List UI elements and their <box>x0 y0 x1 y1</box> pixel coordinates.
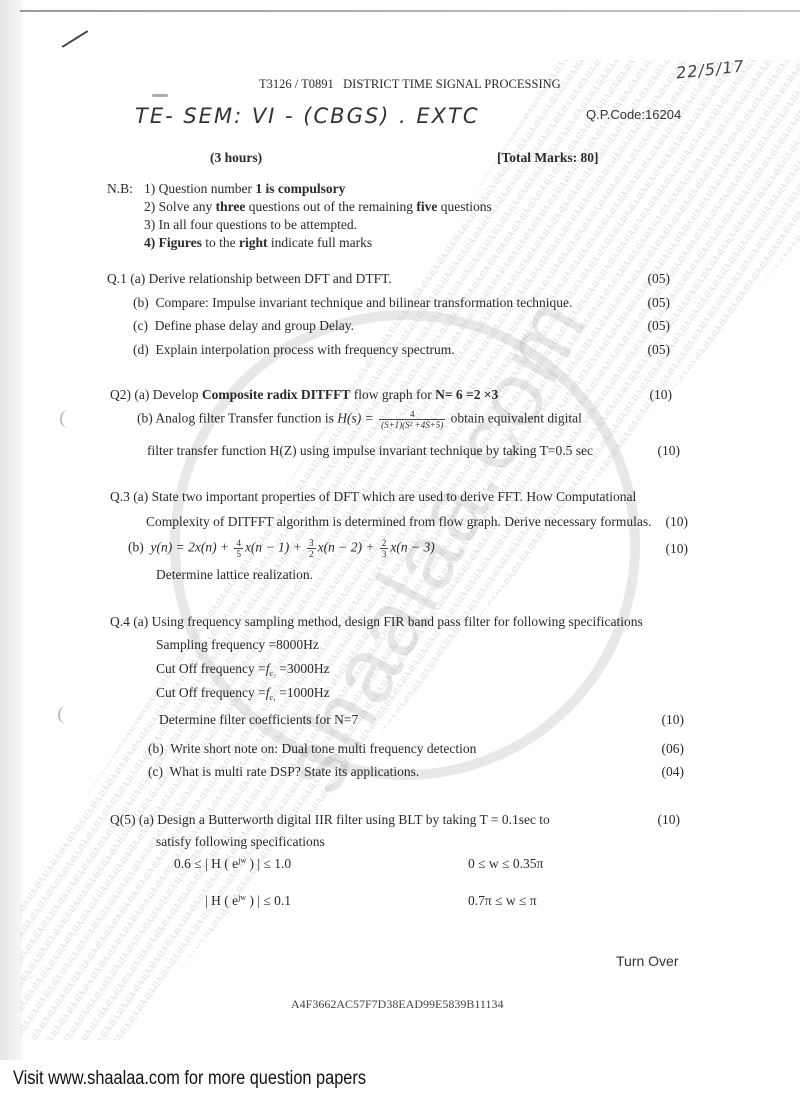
q3-part-a-line2: Complexity of DITFFT algorithm is determ… <box>146 514 652 530</box>
qp-code: Q.P.Code:16204 <box>586 107 681 122</box>
scan-edge <box>0 0 22 1060</box>
q4a-marks: (10) <box>644 712 684 728</box>
question-label: Q(5) <box>110 812 136 827</box>
question-label: Q.4 <box>110 614 130 629</box>
subject-title: DISTRICT TIME SIGNAL PROCESSING <box>343 77 561 91</box>
scan-edge <box>20 10 800 12</box>
q5-spec-passband: 0.6 ≤ | H ( ejw ) | ≤ 1.0 <box>174 856 291 872</box>
q3-part-b-line2: Determine lattice realization. <box>156 567 313 583</box>
q1b-marks: (05) <box>630 295 670 311</box>
q4-part-b: (b) Write short note on: Dual tone multi… <box>148 741 476 757</box>
q1-part-a: Q.1 (a) Derive relationship between DFT … <box>107 271 392 287</box>
instruction-3: 3) In all four questions to be attempted… <box>144 217 357 233</box>
q1a-marks: (05) <box>630 271 670 287</box>
turn-over-label: Turn Over <box>616 953 679 969</box>
q4-part-a-last: Determine filter coefficients for N=7 <box>159 712 358 728</box>
q3b-marks: (10) <box>648 541 688 557</box>
q5-spec-stopband-range: 0.7π ≤ w ≤ π <box>468 893 537 909</box>
q1-part-b: (b) Compare: Impulse invariant technique… <box>133 295 572 311</box>
q4-spec-sampling: Sampling frequency =8000Hz <box>156 637 319 653</box>
q2-part-a: Q2) (a) Develop Composite radix DITFFT f… <box>110 387 498 403</box>
footer-promo-text: Visit www.shaalaa.com for more question … <box>13 1068 366 1090</box>
document-hash: A4F3662AC57F7D38EAD99E5839B11134 <box>291 997 503 1012</box>
q3a-marks: (10) <box>648 514 688 530</box>
q3-part-a: Q.3 (a) State two important properties o… <box>110 489 636 505</box>
hash-watermark-pattern: A4F3 <box>0 0 800 1060</box>
punch-hole-mark <box>58 706 74 724</box>
q4-spec-cutoff-1: Cut Off frequency =fc₁ =1000Hz <box>156 685 330 702</box>
question-label: Q.3 <box>110 489 130 504</box>
punch-hole-mark <box>60 410 76 428</box>
q4-part-a: Q.4 (a) Using frequency sampling method,… <box>110 614 643 630</box>
transfer-function-fraction: 4(S+1)(S² +4S+5) <box>379 409 445 430</box>
question-label: Q2) <box>110 387 131 402</box>
q5-part-a: Q(5) (a) Design a Butterworth digital II… <box>110 812 550 828</box>
question-label: Q.1 <box>107 271 127 286</box>
instruction-2: 2) Solve any three questions out of the … <box>144 199 492 215</box>
scan-smudge <box>152 94 168 97</box>
q2-part-b-line2: filter transfer function H(Z) using impu… <box>147 443 593 459</box>
handwritten-date: 22/5/17 <box>675 56 745 82</box>
q1-part-d: (d) Explain interpolation process with f… <box>133 342 455 358</box>
course-code: T3126 / T0891 <box>259 77 334 91</box>
q3-part-b-equation: (b) y(n) = 2x(n) + 45x(n − 1) + 32x(n − … <box>128 538 435 559</box>
handwritten-class-note: TE- SEM: VI - (CBGS) . EXTC <box>135 104 480 128</box>
exam-duration: (3 hours) <box>210 150 262 166</box>
handwritten-tick-mark <box>62 30 89 48</box>
q2b-marks: (10) <box>640 443 680 459</box>
instruction-1: 1) Question number 1 is compulsory <box>144 181 345 197</box>
q5-spec-passband-range: 0 ≤ w ≤ 0.35π <box>468 856 543 872</box>
course-header: T3126 / T0891 DISTRICT TIME SIGNAL PROCE… <box>259 77 561 92</box>
q1c-marks: (05) <box>630 318 670 334</box>
q4b-marks: (06) <box>644 741 684 757</box>
total-marks: [Total Marks: 80] <box>497 150 599 166</box>
q1d-marks: (05) <box>630 342 670 358</box>
q4-spec-cutoff-2: Cut Off frequency =fc₂ =3000Hz <box>156 661 330 678</box>
q4c-marks: (04) <box>644 764 684 780</box>
q5-part-a-line2: satisfy following specifications <box>156 834 325 850</box>
q5-spec-stopband: | H ( ejw ) | ≤ 0.1 <box>205 893 291 909</box>
q1-part-c: (c) Define phase delay and group Delay. <box>133 318 354 334</box>
q4-part-c: (c) What is multi rate DSP? State its ap… <box>148 764 419 780</box>
instruction-4: 4) Figures to the right indicate full ma… <box>144 235 372 251</box>
nb-label: N.B: <box>107 181 133 197</box>
q2a-marks: (10) <box>632 387 672 403</box>
q5a-marks: (10) <box>640 812 680 828</box>
q2-part-b: (b) Analog filter Transfer function is H… <box>137 409 582 430</box>
